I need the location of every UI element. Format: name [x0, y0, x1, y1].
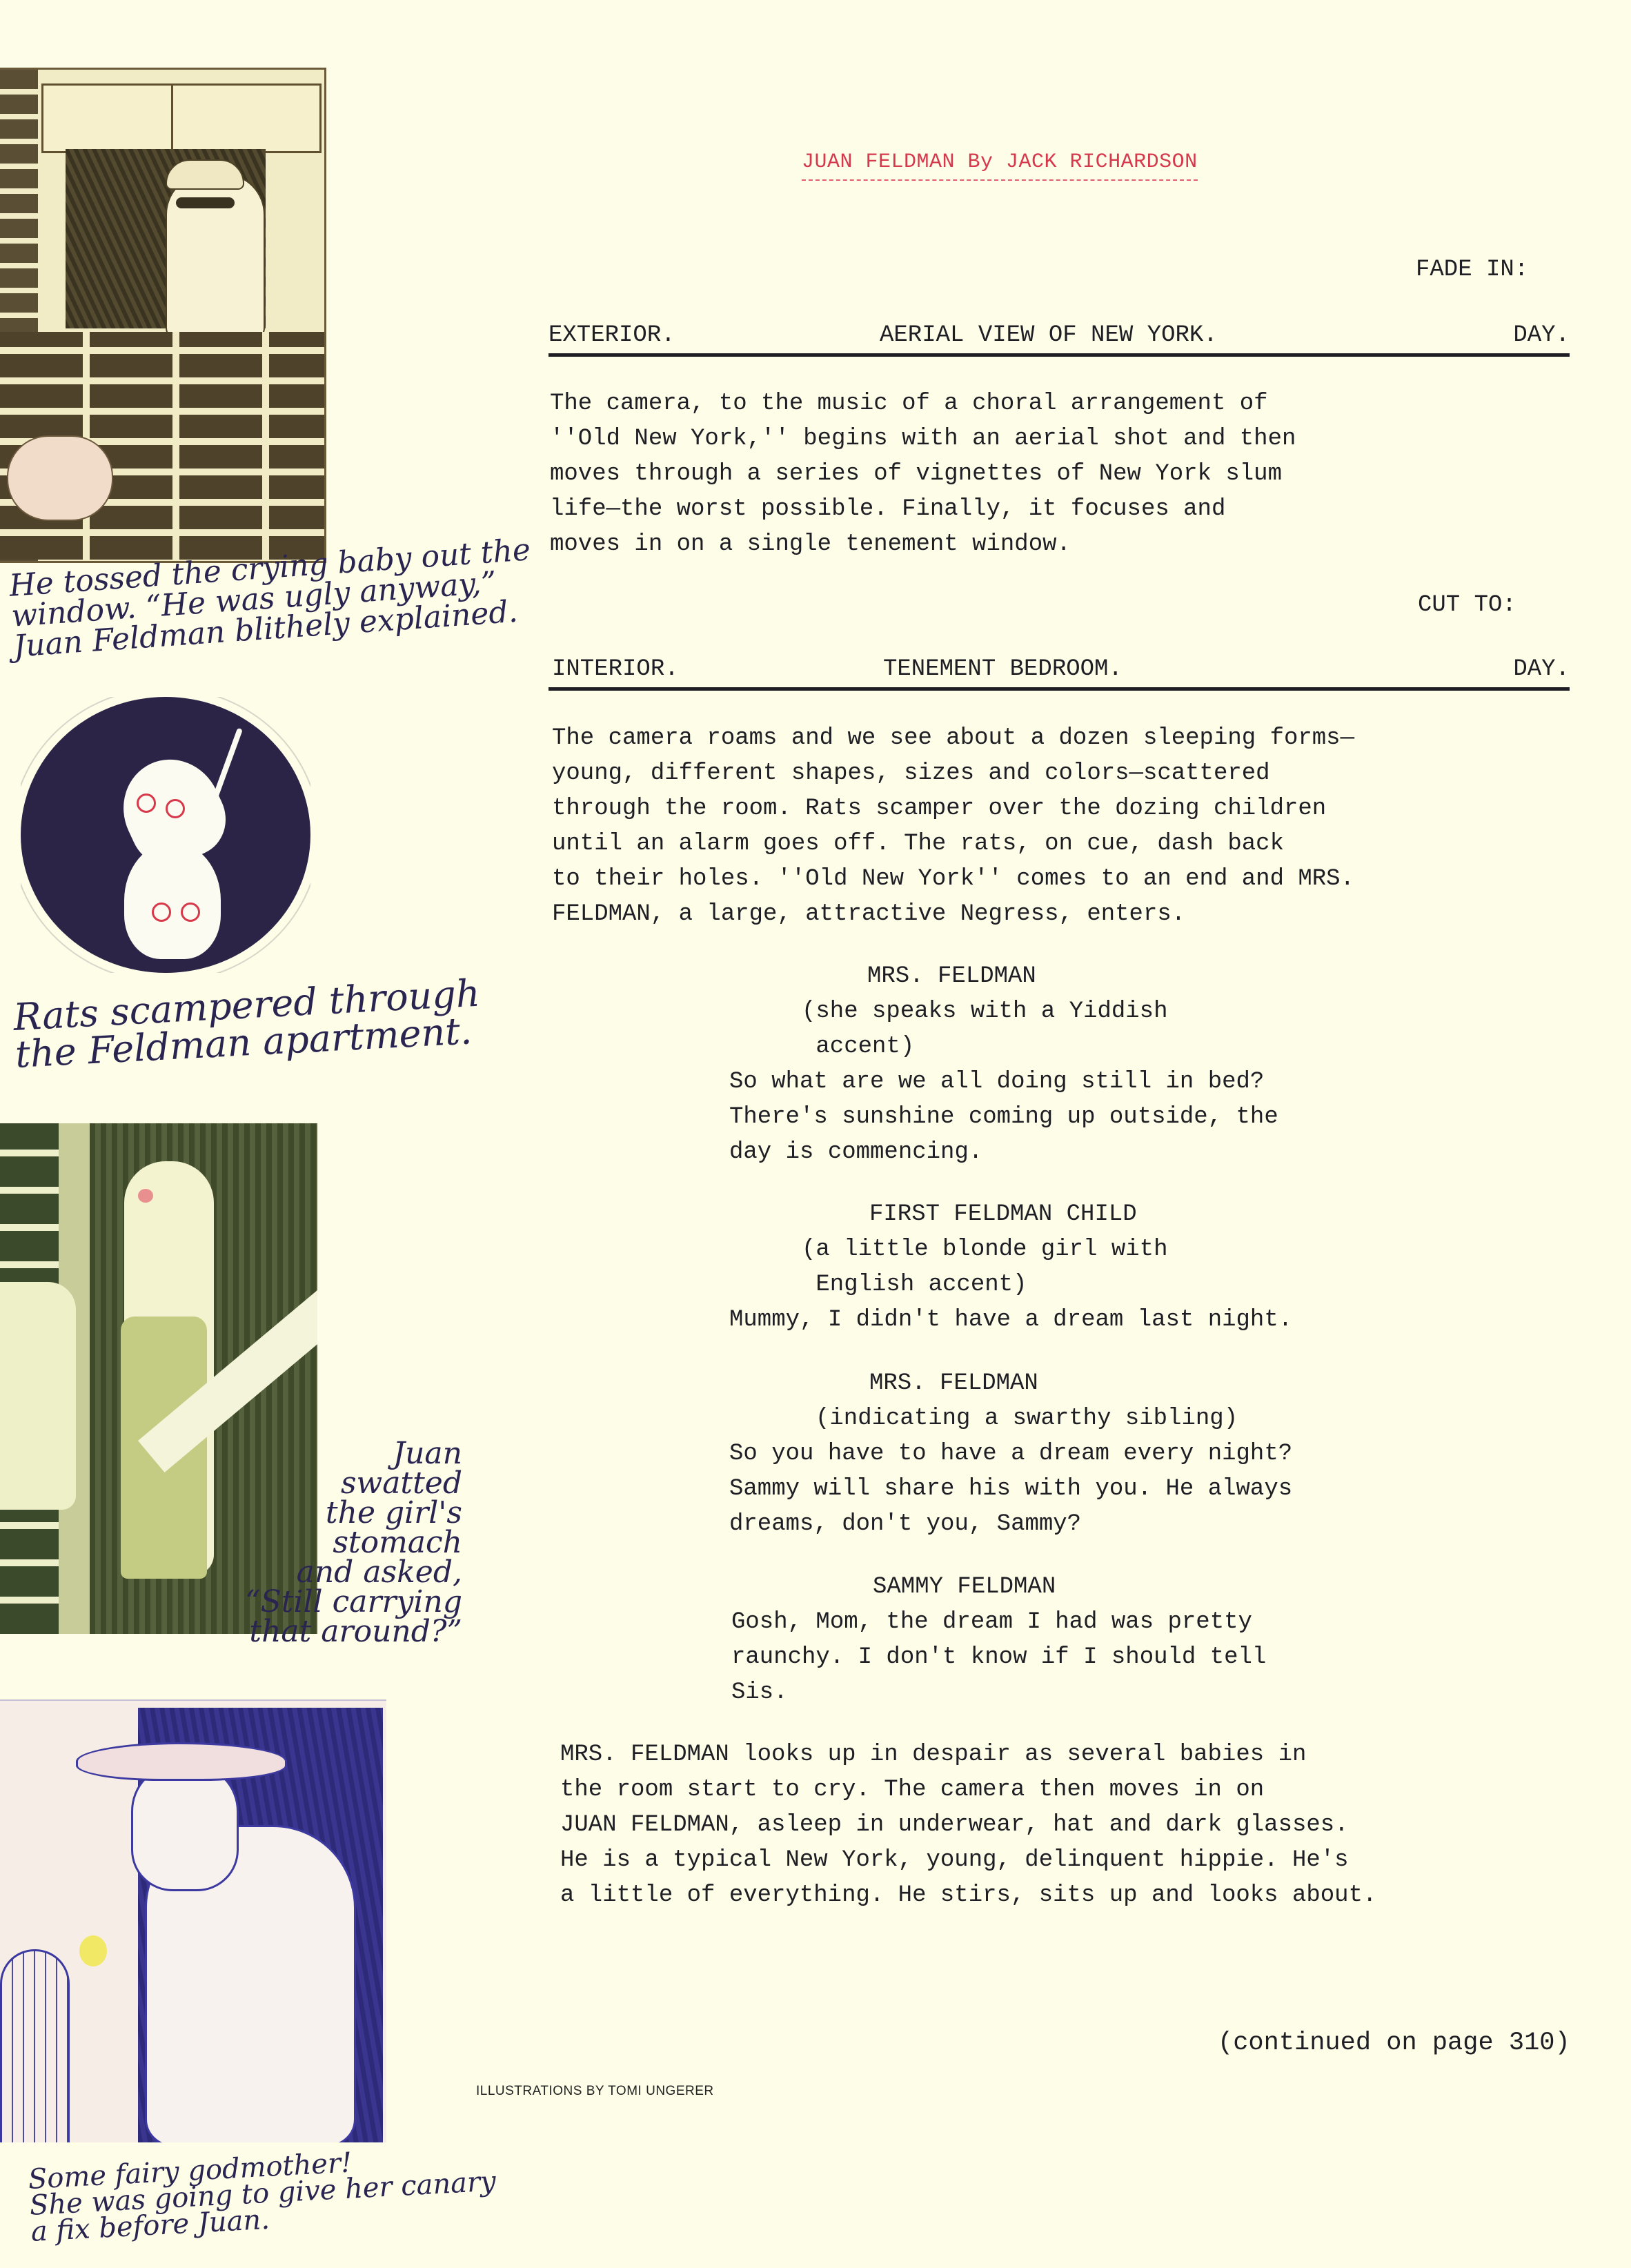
scene-heading-1: EXTERIOR. AERIAL VIEW OF NEW YORK. DAY.	[548, 322, 1570, 357]
dialogue-line: Mummy, I didn't have a dream last night.	[729, 1303, 1292, 1338]
scene-heading-2: INTERIOR. TENEMENT BEDROOM. DAY.	[548, 655, 1570, 691]
dialogue-block: MRS. FELDMAN (indicating a swarthy sibli…	[729, 1366, 1292, 1542]
rat-eye	[137, 793, 156, 813]
character-name: SAMMY FELDMAN	[731, 1570, 1266, 1605]
scene-time: DAY.	[1513, 655, 1570, 683]
action-block-2: The camera roams and we see about a doze…	[552, 721, 1354, 932]
hat	[166, 159, 244, 190]
parenthetical: English accent)	[729, 1268, 1292, 1303]
rat-lower	[124, 842, 221, 959]
dialogue-line: day is commencing.	[729, 1135, 1278, 1170]
dialogue-block: MRS. FELDMAN (she speaks with a Yiddish …	[729, 959, 1278, 1170]
scene-location: TENEMENT BEDROOM.	[883, 655, 1123, 683]
action-line: JUAN FELDMAN, asleep in underwear, hat a…	[560, 1808, 1376, 1843]
birdcage	[0, 1949, 70, 2142]
canary	[79, 1935, 107, 1966]
caption-canary: Some fairy godmother! She was going to g…	[28, 2142, 498, 2245]
character-name: MRS. FELDMAN	[729, 959, 1278, 994]
dark-glasses	[176, 197, 235, 208]
dialogue-line: Sis.	[731, 1675, 1266, 1710]
action-line: to their holes. ''Old New York'' comes t…	[552, 862, 1354, 897]
action-line: The camera roams and we see about a doze…	[552, 721, 1354, 756]
head-scarf	[76, 1742, 287, 1781]
action-block-1: The camera, to the music of a choral arr…	[550, 386, 1296, 562]
juan-arm	[0, 1282, 76, 1510]
dialogue-line: dreams, don't you, Sammy?	[729, 1507, 1292, 1542]
rat-eye	[166, 799, 185, 818]
illustration-man-at-window	[0, 68, 326, 563]
action-line: young, different shapes, sizes and color…	[552, 756, 1354, 791]
action-line: MRS. FELDMAN looks up in despair as seve…	[560, 1737, 1376, 1773]
illustration-credit: ILLUSTRATIONS BY TOMI UNGERER	[476, 2084, 714, 2099]
dialogue-line: There's sunshine coming up outside, the	[729, 1100, 1278, 1135]
dialogue-line: Sammy will share his with you. He always	[729, 1472, 1292, 1507]
illustration-canary	[0, 1699, 386, 2142]
rat-eye	[152, 903, 171, 922]
dialogue-line: Gosh, Mom, the dream I had was pretty	[731, 1605, 1266, 1640]
action-line: a little of everything. He stirs, sits u…	[560, 1878, 1376, 1913]
parenthetical: (she speaks with a Yiddish	[729, 994, 1278, 1029]
action-line: moves through a series of vignettes of N…	[550, 457, 1296, 492]
baby	[7, 435, 113, 521]
scene-type: EXTERIOR.	[548, 322, 675, 349]
parenthetical: (indicating a swarthy sibling)	[729, 1401, 1292, 1437]
woman-head	[131, 1763, 239, 1891]
action-line: FELDMAN, a large, attractive Negress, en…	[552, 897, 1354, 932]
caption-rats: Rats scampered through the Feldman apart…	[12, 975, 483, 1074]
action-line: the room start to cry. The camera then m…	[560, 1773, 1376, 1808]
girl-cheek	[138, 1189, 153, 1203]
transition-cut-to: CUT TO:	[1418, 588, 1516, 623]
action-line: through the room. Rats scamper over the …	[552, 791, 1354, 827]
transition-fade-in: FADE IN:	[1416, 253, 1528, 288]
dialogue-block: SAMMY FELDMAN Gosh, Mom, the dream I had…	[731, 1570, 1266, 1710]
action-line: life—the worst possible. Finally, it foc…	[550, 492, 1296, 527]
window-sash	[41, 83, 322, 153]
action-line: He is a typical New York, young, delinqu…	[560, 1843, 1376, 1878]
dialogue-line: raunchy. I don't know if I should tell	[731, 1640, 1266, 1675]
parenthetical: (a little blonde girl with	[729, 1232, 1292, 1268]
continued-note: (continued on page 310)	[1218, 2029, 1570, 2058]
action-line: The camera, to the music of a choral arr…	[550, 386, 1296, 422]
parenthetical: accent)	[729, 1029, 1278, 1065]
caption-girl: Juan swatted the girl's stomach and aske…	[186, 1439, 462, 1646]
dialogue-block: FIRST FELDMAN CHILD (a little blonde gir…	[729, 1197, 1292, 1338]
action-block-3: MRS. FELDMAN looks up in despair as seve…	[560, 1737, 1376, 1913]
scene-time: DAY.	[1513, 322, 1570, 349]
action-line: moves in on a single tenement window.	[550, 527, 1296, 562]
action-line: ''Old New York,'' begins with an aerial …	[550, 422, 1296, 457]
dialogue-line: So you have to have a dream every night?	[729, 1437, 1292, 1472]
action-line: until an alarm goes off. The rats, on cu…	[552, 827, 1354, 862]
scene-type: INTERIOR.	[552, 655, 679, 683]
rat-eye	[181, 903, 200, 922]
dialogue-line: So what are we all doing still in bed?	[729, 1065, 1278, 1100]
character-name: FIRST FELDMAN CHILD	[729, 1197, 1292, 1232]
story-title: JUAN FELDMAN By JACK RICHARDSON	[802, 150, 1198, 181]
scene-location: AERIAL VIEW OF NEW YORK.	[880, 322, 1218, 349]
illustration-rats	[21, 697, 310, 973]
character-name: MRS. FELDMAN	[729, 1366, 1292, 1401]
